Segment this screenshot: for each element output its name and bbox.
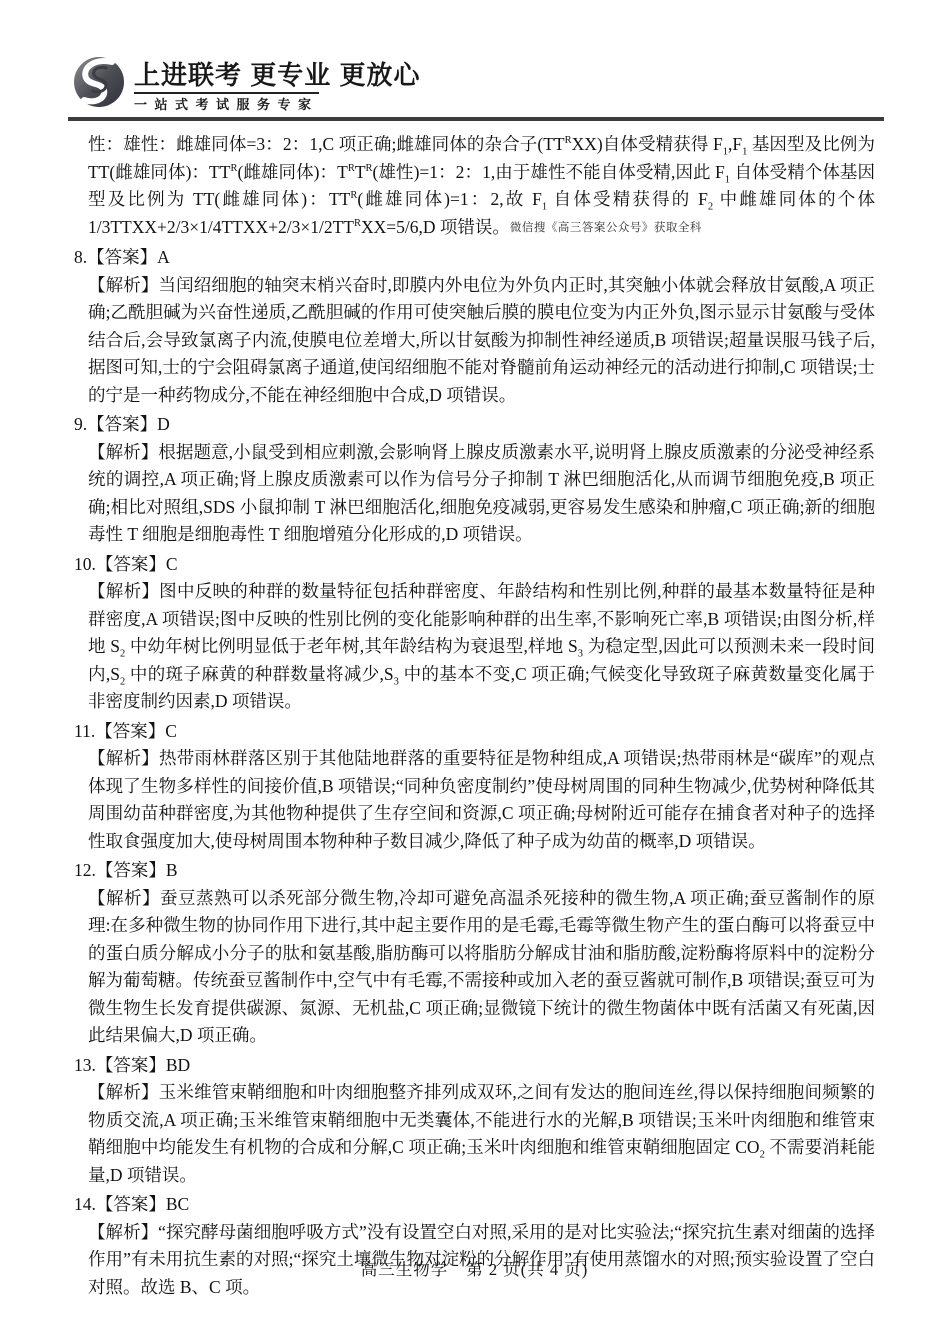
answer-label: 【答案】: [96, 1055, 166, 1075]
answer-item: 11.【答案】C 【解析】热带雨林群落区别于其他陆地群落的重要特征是物种组成,A…: [74, 718, 875, 856]
analysis-label: 【解析】: [88, 275, 158, 295]
analysis-label: 【解析】: [88, 1222, 158, 1242]
item-number: 11.: [74, 721, 95, 741]
header-divider: [68, 117, 884, 121]
intro-text: 性：雄性：雌雄同体=3：2：1,C 项正确;雌雄同体的杂合子(TTRXX)自体受…: [88, 134, 875, 237]
answer-value: B: [166, 860, 178, 880]
item-heading: 11.【答案】C: [74, 718, 875, 746]
answer-item: 14.【答案】BC 【解析】“探究酵母菌细胞呼吸方式”没有设置空白对照,采用的是…: [74, 1191, 875, 1301]
brand-text: 上进联考 更专业 更放心 一站式考试服务专家: [134, 54, 420, 114]
items-list: 8.【答案】A 【解析】当闰绍细胞的轴突末梢兴奋时,即膜内外电位为外负内正时,其…: [74, 244, 875, 1301]
answer-label: 【答案】: [96, 1194, 166, 1214]
item-analysis: 【解析】蚕豆蒸熟可以杀死部分微生物,冷却可避免高温杀死接种的微生物,A 项正确;…: [88, 885, 875, 1050]
answer-item: 9.【答案】D 【解析】根据题意,小鼠受到相应刺激,会影响肾上腺皮质激素水平,说…: [74, 411, 875, 549]
item-heading: 10.【答案】C: [74, 551, 875, 579]
watermark-text: 微信搜《高三答案公众号》获取全科: [510, 222, 702, 234]
answer-label: 【答案】: [95, 721, 165, 741]
item-analysis: 【解析】热带雨林群落区别于其他陆地群落的重要特征是物种组成,A 项错误;热带雨林…: [88, 745, 875, 855]
analysis-text: 蚕豆蒸熟可以杀死部分微生物,冷却可避免高温杀死接种的微生物,A 项正确;蚕豆酱制…: [88, 888, 875, 1046]
item-heading: 9.【答案】D: [74, 411, 875, 439]
answer-value: BC: [166, 1194, 189, 1214]
item-number: 12.: [74, 860, 96, 880]
brand-swirl-logo-icon: [72, 54, 126, 110]
answer-label: 【答案】: [96, 554, 166, 574]
item-number: 13.: [74, 1055, 96, 1075]
item-heading: 13.【答案】BD: [74, 1052, 875, 1080]
analysis-label: 【解析】: [88, 888, 160, 908]
answer-item: 10.【答案】C 【解析】图中反映的种群的数量特征包括种群密度、年龄结构和性别比…: [74, 551, 875, 716]
answer-value: BD: [166, 1055, 190, 1075]
item-heading: 14.【答案】BC: [74, 1191, 875, 1219]
item-heading: 12.【答案】B: [74, 857, 875, 885]
item-analysis: 【解析】根据题意,小鼠受到相应刺激,会影响肾上腺皮质激素水平,说明肾上腺皮质激素…: [88, 439, 875, 549]
analysis-text: 当闰绍细胞的轴突末梢兴奋时,即膜内外电位为外负内正时,其突触小体就会释放甘氨酸,…: [88, 275, 875, 405]
answer-sheet-body: 性：雄性：雌雄同体=3：2：1,C 项正确;雌雄同体的杂合子(TTRXX)自体受…: [74, 131, 875, 1301]
answer-value: D: [157, 414, 170, 434]
item-analysis: 【解析】图中反映的种群的数量特征包括种群密度、年龄结构和性别比例,种群的最基本数…: [88, 578, 875, 716]
footer-course-title: 高三生物学: [361, 1260, 449, 1279]
analysis-label: 【解析】: [88, 442, 158, 462]
answer-value: C: [165, 721, 177, 741]
brand-title: 上进联考 更专业 更放心: [134, 62, 420, 88]
answer-item: 13.【答案】BD 【解析】玉米维管束鞘细胞和叶肉细胞整齐排列成双环,之间有发达…: [74, 1052, 875, 1190]
item-heading: 8.【答案】A: [74, 244, 875, 272]
brand: 上进联考 更专业 更放心 一站式考试服务专家: [72, 54, 886, 114]
item-number: 9.: [74, 414, 87, 434]
analysis-label: 【解析】: [88, 748, 159, 768]
answer-item: 8.【答案】A 【解析】当闰绍细胞的轴突末梢兴奋时,即膜内外电位为外负内正时,其…: [74, 244, 875, 409]
document-page: 上进联考 更专业 更放心 一站式考试服务专家 性：雄性：雌雄同体=3：2：1,C…: [0, 0, 950, 1343]
answer-item: 12.【答案】B 【解析】蚕豆蒸熟可以杀死部分微生物,冷却可避免高温杀死接种的微…: [74, 857, 875, 1050]
item-analysis: 【解析】玉米维管束鞘细胞和叶肉细胞整齐排列成双环,之间有发达的胞间连丝,得以保持…: [88, 1079, 875, 1189]
item-analysis: 【解析】当闰绍细胞的轴突末梢兴奋时,即膜内外电位为外负内正时,其突触小体就会释放…: [88, 272, 875, 410]
intro-paragraph: 性：雄性：雌雄同体=3：2：1,C 项正确;雌雄同体的杂合子(TTRXX)自体受…: [88, 131, 875, 242]
answer-label: 【答案】: [96, 860, 166, 880]
analysis-text: 图中反映的种群的数量特征包括种群密度、年龄结构和性别比例,种群的最基本数量特征是…: [88, 581, 875, 711]
analysis-label: 【解析】: [88, 581, 159, 601]
page-footer: 高三生物学第 2 页(共 4 页): [74, 1256, 875, 1280]
answer-label: 【答案】: [87, 247, 157, 267]
item-number: 10.: [74, 554, 96, 574]
analysis-text: 根据题意,小鼠受到相应刺激,会影响肾上腺皮质激素水平,说明肾上腺皮质激素的分泌受…: [88, 442, 875, 545]
analysis-text: 玉米维管束鞘细胞和叶肉细胞整齐排列成双环,之间有发达的胞间连丝,得以保持细胞间频…: [88, 1082, 875, 1185]
answer-value: C: [166, 554, 178, 574]
item-number: 14.: [74, 1194, 96, 1214]
analysis-text: 热带雨林群落区别于其他陆地群落的重要特征是物种组成,A 项错误;热带雨林是“碳库…: [88, 748, 875, 851]
footer-page-number: 第 2 页(共 4 页): [466, 1260, 588, 1279]
answer-label: 【答案】: [87, 414, 157, 434]
brand-tagline: 一站式考试服务专家: [134, 92, 319, 113]
answer-value: A: [157, 247, 170, 267]
page-header: 上进联考 更专业 更放心 一站式考试服务专家: [72, 54, 886, 114]
analysis-label: 【解析】: [88, 1082, 159, 1102]
item-number: 8.: [74, 247, 87, 267]
